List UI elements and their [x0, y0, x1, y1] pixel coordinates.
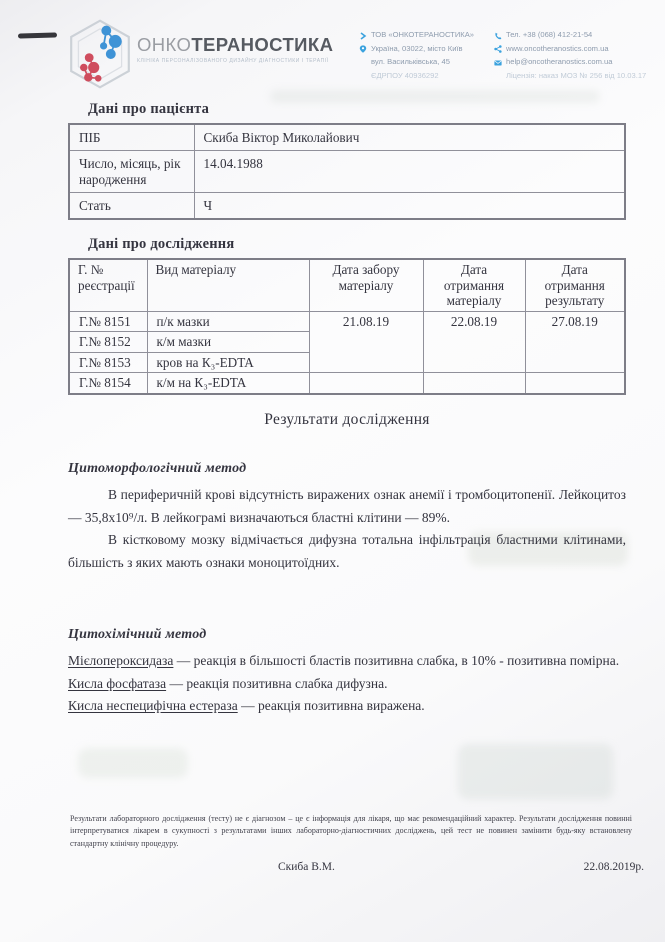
study-data-section: Дані про дослідження Г. № реєстрації Вид…	[68, 236, 626, 395]
study-header-date-sampling: Дата забору матеріалу	[309, 259, 423, 311]
contact-phone: Тел. +38 (068) 412-21-54	[506, 28, 592, 42]
share-icon	[494, 44, 502, 52]
contact-block-comms: Тел. +38 (068) 412-21-54 www.oncotherano…	[494, 28, 662, 82]
brand-name-light: ОНКО	[137, 34, 191, 55]
study-date-sampling: 21.08.19	[309, 311, 423, 373]
cytomorphology-paragraph: В периферичній крові відсутність виражен…	[68, 484, 626, 529]
empty-date-cell	[309, 373, 423, 394]
contact-company: ТОВ «ОНКОТЕРАНОСТИКА»	[371, 28, 474, 42]
report-footer: Результати лабораторного дослідження (те…	[70, 813, 632, 873]
study-reg-number: Г.№ 8151	[69, 311, 147, 332]
scanned-lab-report-page: ОНКОТЕРАНОСТИКА КЛІНІКА ПЕРСОНАЛІЗОВАНОГ…	[0, 0, 665, 942]
patient-label-birthdate: Число, місяць, рік народження	[69, 151, 194, 193]
study-reg-number: Г.№ 8153	[69, 352, 147, 373]
patient-label-pib: ПІБ	[69, 124, 194, 151]
bleed-through-artifact	[78, 748, 188, 778]
cytomorphology-paragraph: В кістковому мозку відмічається дифузна …	[68, 529, 626, 574]
contact-website-row: www.oncotheranostics.com.ua	[494, 42, 662, 56]
study-table: Г. № реєстрації Вид матеріалу Дата забор…	[68, 258, 626, 395]
phone-icon	[494, 31, 502, 39]
contact-company-row: ТОВ «ОНКОТЕРАНОСТИКА»	[359, 28, 491, 42]
contact-city-row: Україна, 03022, місто Київ	[359, 42, 491, 56]
finding-term: Мієлопероксидаза	[68, 653, 173, 668]
cytomorphology-section: Цитоморфологічний метод В периферичній к…	[68, 461, 626, 574]
cytochemistry-heading: Цитохімічний метод	[68, 627, 626, 643]
patient-value-sex: Ч	[194, 193, 625, 220]
letterhead: ОНКОТЕРАНОСТИКА КЛІНІКА ПЕРСОНАЛІЗОВАНОГ…	[0, 0, 665, 98]
patient-data-section: Дані про пацієнта ПІБ Скиба Віктор Микол…	[68, 101, 626, 220]
table-row: Стать Ч	[69, 193, 625, 220]
finding-text: — реакція позитивна слабка дифузна.	[166, 676, 387, 691]
table-row: Г.№ 8151 п/к мазки 21.08.19 22.08.19 27.…	[69, 311, 625, 332]
study-material: к/м мазки	[147, 332, 309, 353]
disclaimer-text: Результати лабораторного дослідження (те…	[70, 813, 632, 850]
patient-section-title: Дані про пацієнта	[68, 101, 626, 118]
study-header-reg: Г. № реєстрації	[69, 259, 147, 311]
study-date-result: 27.08.19	[525, 311, 625, 373]
empty-date-cell	[525, 373, 625, 394]
location-pin-icon	[359, 44, 367, 52]
finding-text: — реакція позитивна виражена.	[238, 698, 425, 713]
contact-email-row: help@oncotheranostics.com.ua	[494, 55, 662, 69]
signature-row: Скиба В.М. 22.08.2019р.	[70, 861, 632, 873]
finding-term: Кисла неспецифічна естераза	[68, 698, 238, 713]
report-date: 22.08.2019р.	[584, 861, 644, 873]
contact-street: вул. Васильківська, 45	[371, 55, 450, 69]
study-header-date-received: Дата отримання матеріалу	[423, 259, 525, 311]
patient-label-sex: Стать	[69, 193, 194, 220]
study-material: кров на К₃-EDTA	[147, 352, 309, 373]
patient-value-pib: Скиба Віктор Миколайович	[194, 124, 625, 151]
study-reg-number: Г.№ 8152	[69, 332, 147, 353]
brand-name-bold: ТЕРАНОСТИКА	[191, 34, 333, 55]
study-section-title: Дані про дослідження	[68, 236, 626, 253]
study-material: п/к мазки	[147, 311, 309, 332]
finding-text: — реакція в більшості бластів позитивна …	[173, 653, 619, 668]
contact-edrpou-row: ЄДРПОУ 40936292	[359, 69, 491, 83]
mail-icon	[494, 58, 502, 66]
study-reg-number: Г.№ 8154	[69, 373, 147, 394]
bleed-through-artifact	[458, 744, 613, 799]
table-row: Число, місяць, рік народження 14.04.1988	[69, 151, 625, 193]
contact-edrpou: ЄДРПОУ 40936292	[371, 69, 439, 83]
study-header-date-result: Дата отримання результату	[525, 259, 625, 311]
brand-tagline: КЛІНІКА ПЕРСОНАЛІЗОВАНОГО ДИЗАЙНУ ДІАГНО…	[137, 58, 333, 64]
contact-license-row: Ліцензія: наказ МОЗ № 256 від 10.03.17	[494, 69, 662, 83]
contact-website: www.oncotheranostics.com.ua	[506, 42, 609, 56]
chevron-icon	[359, 31, 367, 39]
cytomorphology-heading: Цитоморфологічний метод	[68, 461, 626, 477]
contact-email: help@oncotheranostics.com.ua	[506, 55, 613, 69]
finding-line: Кисла неспецифічна естераза — реакція по…	[68, 695, 626, 718]
contact-block-address: ТОВ «ОНКОТЕРАНОСТИКА» Україна, 03022, мі…	[359, 28, 491, 82]
signature-name: Скиба В.М.	[278, 861, 335, 873]
brand-name-block: ОНКОТЕРАНОСТИКА КЛІНІКА ПЕРСОНАЛІЗОВАНОГ…	[137, 35, 333, 64]
table-row: ПІБ Скиба Віктор Миколайович	[69, 124, 625, 151]
results-title: Результати дослідження	[68, 411, 626, 429]
table-row: Г.№ 8154 к/м на К₃-EDTA	[69, 373, 625, 394]
contact-street-row: вул. Васильківська, 45	[359, 55, 491, 69]
finding-term: Кисла фосфатаза	[68, 676, 166, 691]
contact-license: Ліцензія: наказ МОЗ № 256 від 10.03.17	[506, 69, 646, 83]
study-header-material: Вид матеріалу	[147, 259, 309, 311]
cytochemistry-section: Цитохімічний метод Мієлопероксидаза — ре…	[68, 627, 626, 718]
brand-logo-hexagon-molecule-icon	[64, 18, 136, 90]
patient-table: ПІБ Скиба Віктор Миколайович Число, міся…	[68, 123, 626, 220]
finding-line: Кисла фосфатаза — реакція позитивна слаб…	[68, 673, 626, 696]
finding-line: Мієлопероксидаза — реакція в більшості б…	[68, 650, 626, 673]
brand-name: ОНКОТЕРАНОСТИКА	[137, 35, 333, 55]
empty-date-cell	[423, 373, 525, 394]
study-date-received: 22.08.19	[423, 311, 525, 373]
contact-phone-row: Тел. +38 (068) 412-21-54	[494, 28, 662, 42]
patient-value-birthdate: 14.04.1988	[194, 151, 625, 193]
table-header-row: Г. № реєстрації Вид матеріалу Дата забор…	[69, 259, 625, 311]
study-material: к/м на К₃-EDTA	[147, 373, 309, 394]
contact-city: Україна, 03022, місто Київ	[371, 42, 463, 56]
